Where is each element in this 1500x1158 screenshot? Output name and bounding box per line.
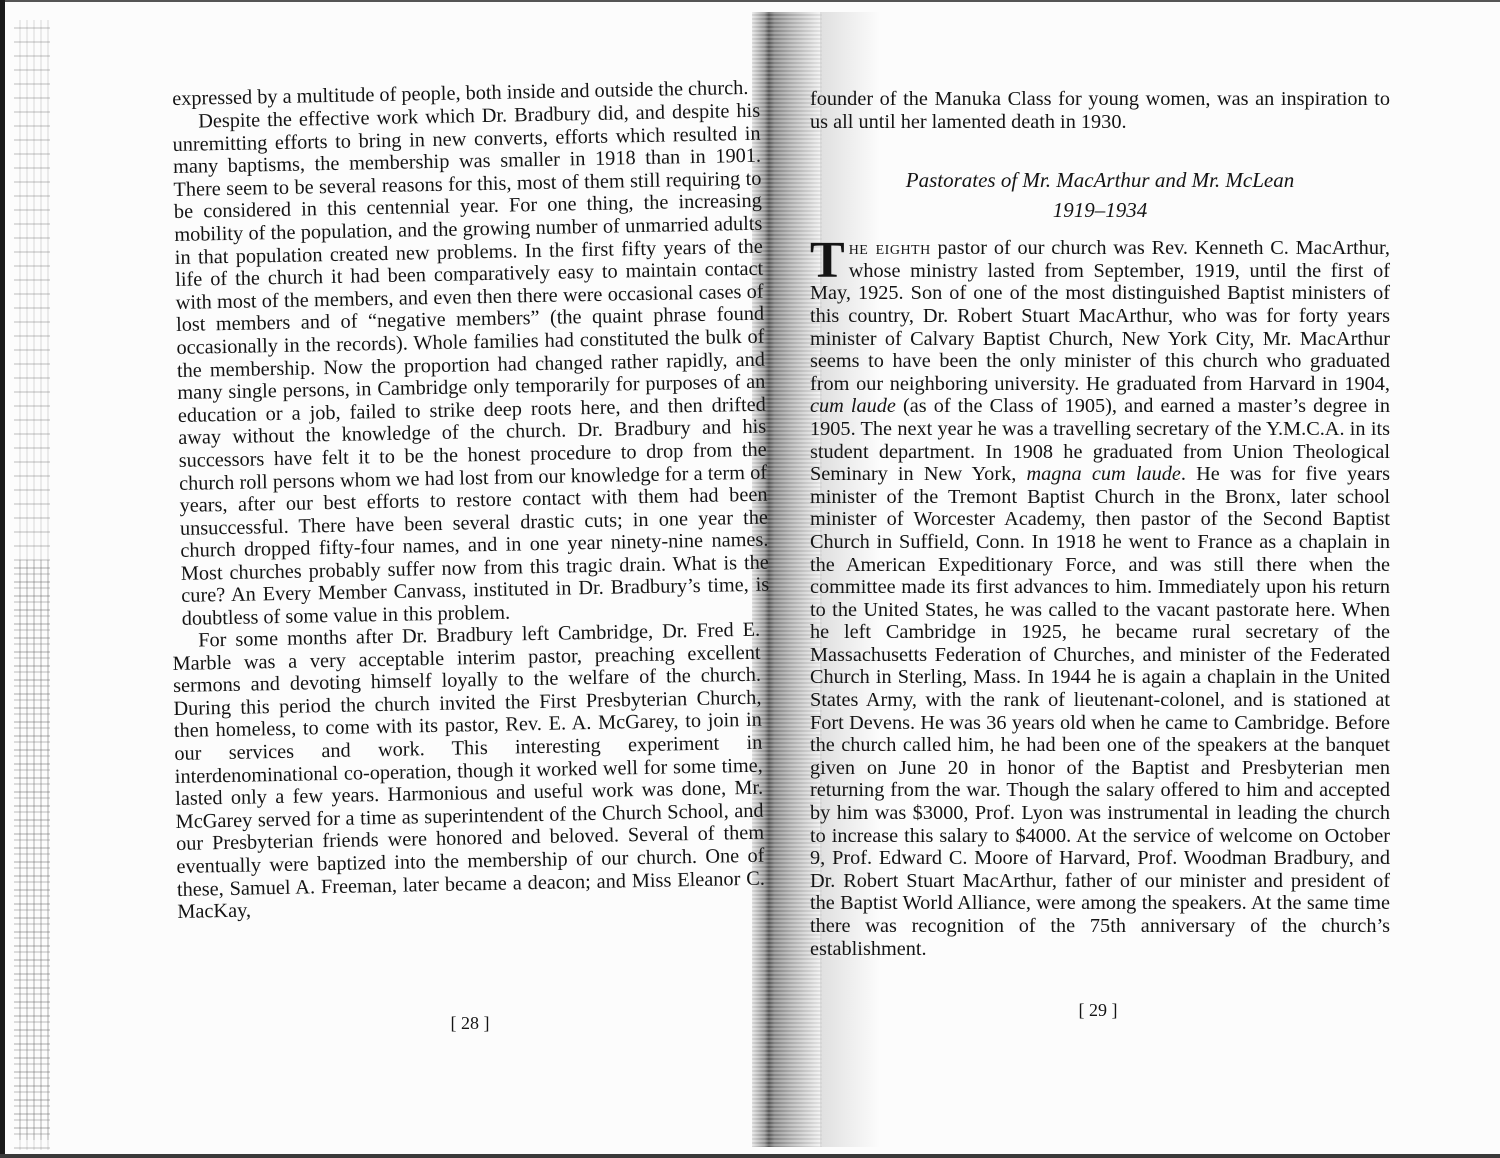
right-page: founder of the Manuka Class for young wo…: [810, 88, 1390, 960]
italic-latin-phrase: cum laude: [810, 395, 896, 417]
left-page: expressed by a multitude of people, both…: [172, 88, 760, 924]
section-years: 1919–1934: [810, 197, 1390, 223]
smallcaps-lead: he eighth: [849, 237, 931, 259]
section-heading: Pastorates of Mr. MacArthur and Mr. McLe…: [810, 167, 1390, 193]
bleed-through-noise-dense: [14, 560, 50, 1140]
paragraph-interim-pastor: For some months after Dr. Bradbury left …: [172, 619, 766, 924]
scan-top-edge: [0, 0, 1500, 2]
page-number-right: [ 29 ]: [1058, 1000, 1138, 1021]
page-number-left: [ 28 ]: [430, 1013, 510, 1034]
body-text: . He was for five years minister of the …: [810, 463, 1390, 959]
scan-bottom-edge: [0, 1154, 1500, 1158]
scanned-book-spread: expressed by a multitude of people, both…: [0, 0, 1500, 1158]
paragraph-membership-decline: Despite the effective work which Dr. Bra…: [172, 99, 770, 630]
italic-latin-phrase: magna cum laude: [1026, 463, 1180, 485]
body-text: pastor of our church was Rev. Kenneth C.…: [810, 237, 1390, 395]
paragraph-continuation-right: founder of the Manuka Class for young wo…: [810, 88, 1390, 133]
paragraph-macarthur: The eighth pastor of our church was Rev.…: [810, 237, 1390, 960]
scan-left-edge: [0, 0, 5, 1158]
drop-cap: T: [810, 241, 845, 281]
